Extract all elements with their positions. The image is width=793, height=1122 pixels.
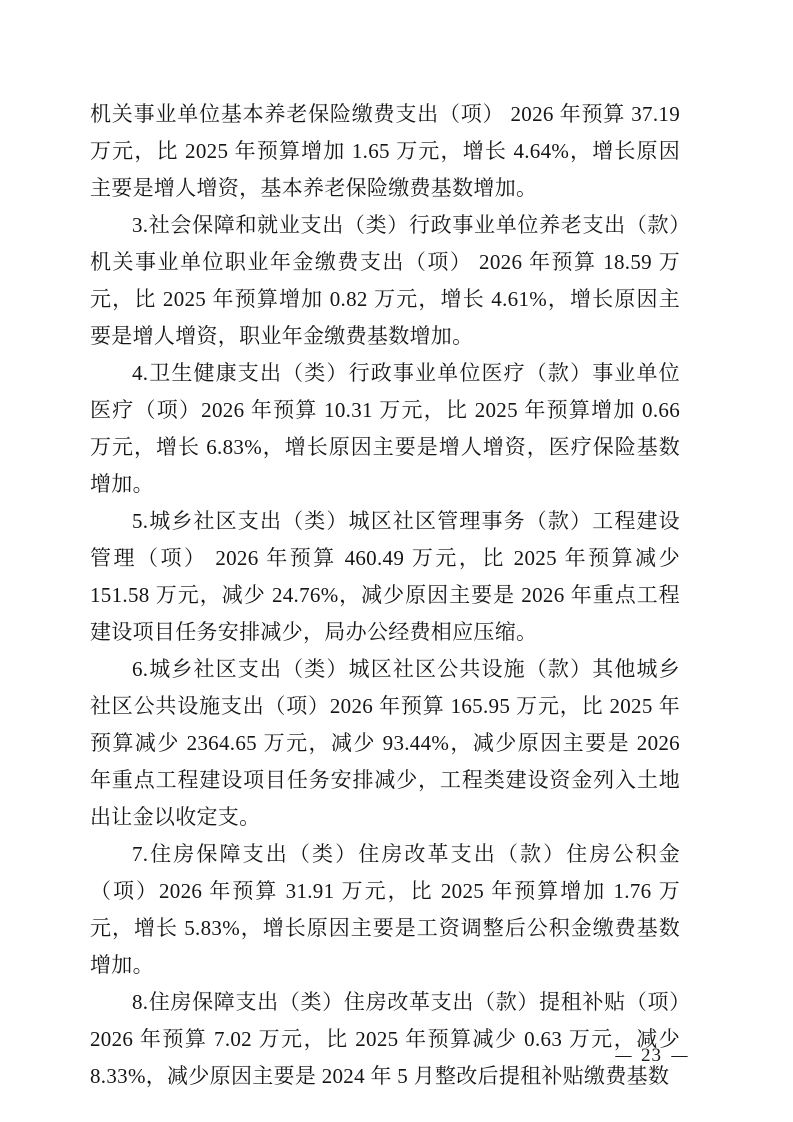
page-footer: —23— xyxy=(606,1044,697,1068)
budget-explanation-body: 机关事业单位基本养老保险缴费支出（项） 2026 年预算 37.19 万元，比 … xyxy=(90,96,680,1095)
footer-dash-right: — xyxy=(671,1044,687,1068)
page-number: 23 xyxy=(641,1045,662,1066)
paragraph-item-8-rent-subsidy: 8.住房保障支出（类）住房改革支出（款）提租补贴（项）2026 年预算 7.02… xyxy=(90,984,680,1095)
paragraph-item-4-health: 4.卫生健康支出（类）行政事业单位医疗（款）事业单位医疗（项）2026 年预算 … xyxy=(90,355,680,503)
paragraph-item-7-housing-fund: 7.住房保障支出（类）住房改革支出（款）住房公积金（项）2026 年预算 31.… xyxy=(90,836,680,984)
paragraph-item-3-occupational-annuity: 3.社会保障和就业支出（类）行政事业单位养老支出（款）机关事业单位职业年金缴费支… xyxy=(90,207,680,355)
footer-dash-left: — xyxy=(615,1044,631,1068)
paragraph-item-6-public-facilities: 6.城乡社区支出（类）城区社区公共设施（款）其他城乡社区公共设施支出（项）202… xyxy=(90,651,680,836)
paragraph-pension-contribution-continuation: 机关事业单位基本养老保险缴费支出（项） 2026 年预算 37.19 万元，比 … xyxy=(90,96,680,207)
paragraph-item-5-urban-community-management: 5.城乡社区支出（类）城区社区管理事务（款）工程建设管理（项） 2026 年预算… xyxy=(90,503,680,651)
document-page: 机关事业单位基本养老保险缴费支出（项） 2026 年预算 37.19 万元，比 … xyxy=(0,0,793,1122)
